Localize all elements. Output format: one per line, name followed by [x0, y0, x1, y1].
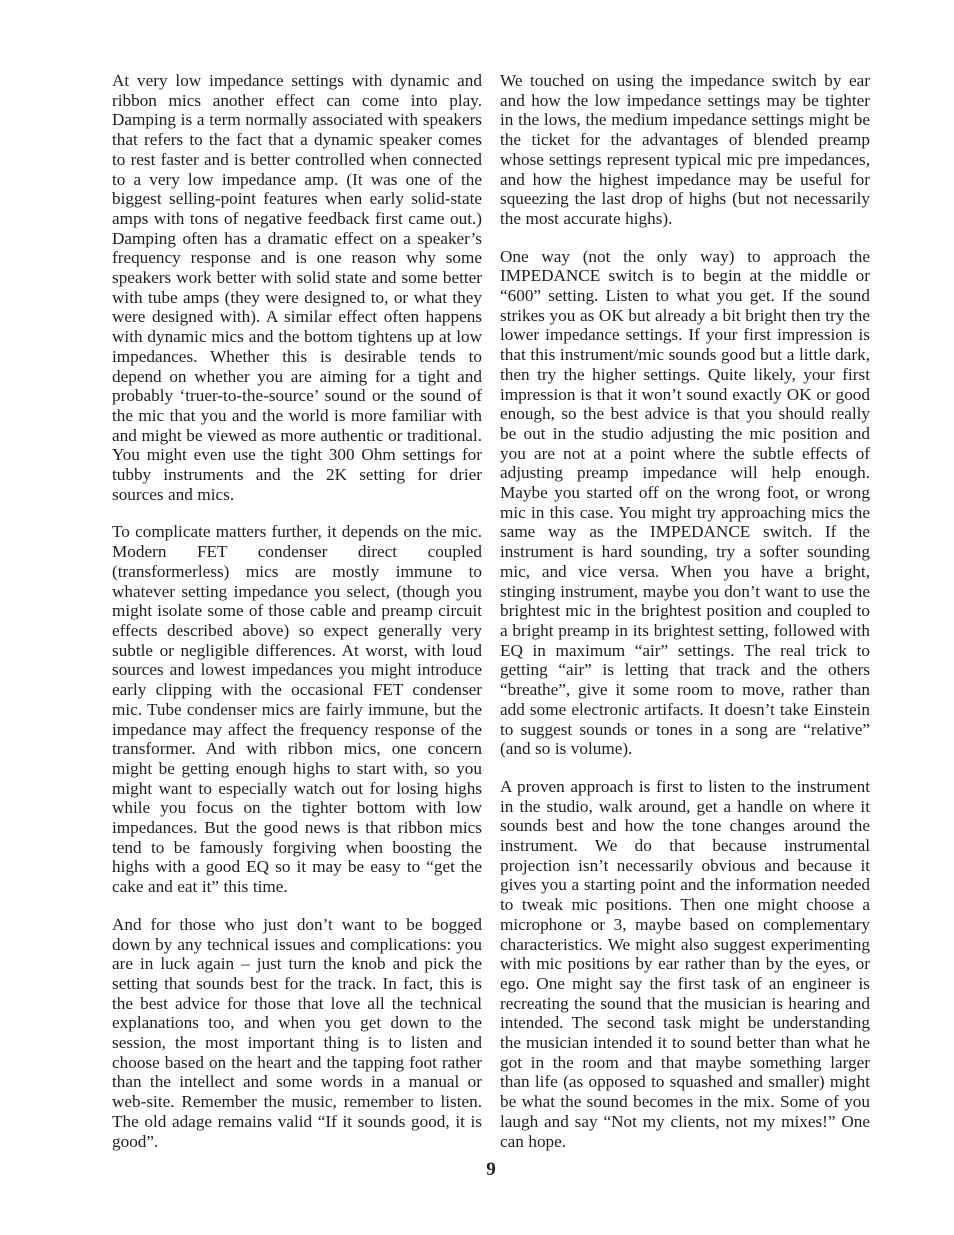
paragraph: At very low impedance settings with dyna…	[112, 71, 482, 504]
two-column-text-block: At very low impedance settings with dyna…	[112, 71, 870, 1151]
page-number: 9	[112, 1159, 870, 1181]
paragraph: A proven approach is first to listen to …	[500, 777, 870, 1151]
text-column-right: We touched on using the impedance switch…	[500, 71, 870, 1151]
paragraph: One way (not the only way) to approach t…	[500, 247, 870, 759]
text-column-left: At very low impedance settings with dyna…	[112, 71, 482, 1151]
paragraph: To complicate matters further, it depend…	[112, 522, 482, 896]
paragraph: We touched on using the impedance switch…	[500, 71, 870, 229]
paragraph: And for those who just don’t want to be …	[112, 915, 482, 1151]
manual-page: At very low impedance settings with dyna…	[0, 0, 954, 1235]
